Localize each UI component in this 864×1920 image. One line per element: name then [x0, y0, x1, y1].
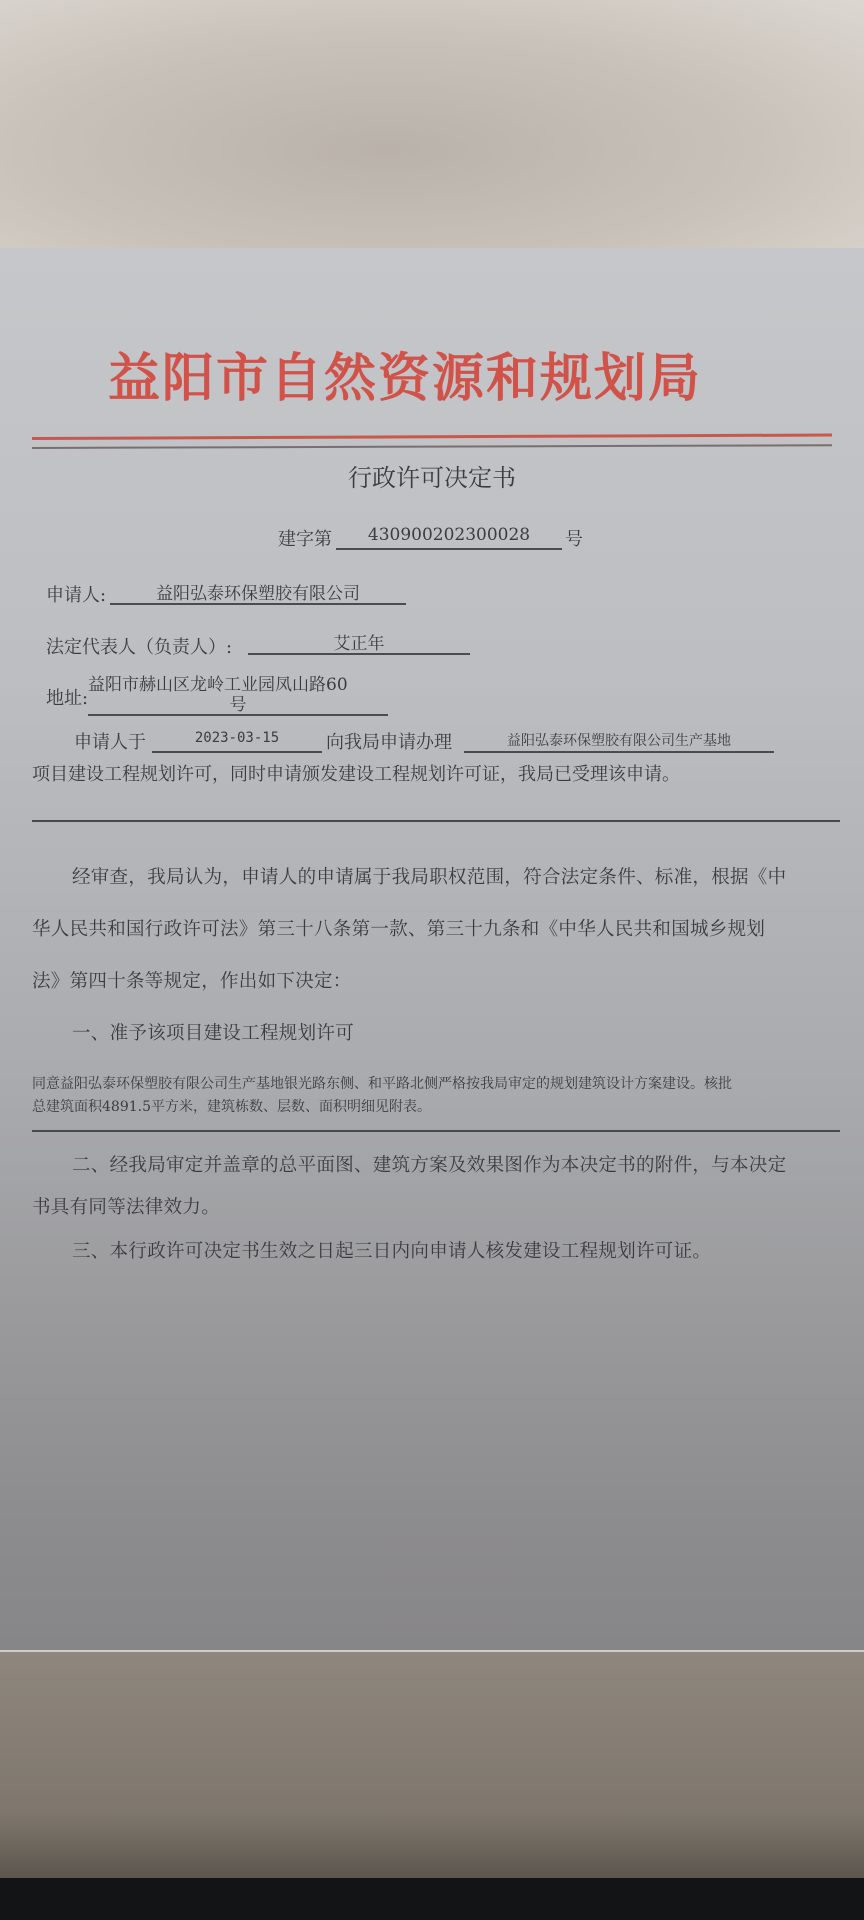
- decision-2-line-1: 二、经我局审定并盖章的总平面图、建筑方案及效果图作为本决定书的附件，与本决定: [72, 1151, 786, 1177]
- document-paper: 益阳市自然资源和规划局 行政许可决定书 建字第 430900202300028 …: [0, 248, 864, 1652]
- application-middle: 向我局申请办理: [326, 728, 452, 754]
- permit-number: 430900202300028: [336, 525, 562, 545]
- decision-1-heading: 一、准予该项目建设工程规划许可: [72, 1019, 354, 1045]
- decision-1-detail-line-2: 总建筑面积4891.5平方米，建筑栋数、层数、面积明细见附表。: [32, 1096, 431, 1116]
- legal-rep-underline: [248, 653, 470, 655]
- application-project-underline: [464, 751, 774, 753]
- legal-rep-value: 艾正年: [248, 629, 470, 654]
- application-project: 益阳弘泰环保塑胶有限公司生产基地: [464, 730, 774, 750]
- address-underline: [88, 714, 388, 716]
- decision-3-line-1: 三、本行政许可决定书生效之日起三日内向申请人核发建设工程规划许可证。: [72, 1237, 711, 1263]
- section-divider-2: [32, 1130, 840, 1132]
- application-date-underline: [152, 751, 322, 753]
- background-wall-top: [0, 0, 864, 250]
- permit-prefix: 建字第: [278, 525, 332, 551]
- applicant-value: 益阳弘泰环保塑胶有限公司: [110, 579, 406, 604]
- permit-number-underline: [336, 548, 562, 550]
- review-line-2: 华人民共和国行政许可法》第三十八条第一款、第三十九条和《中华人民共和国城乡规划: [32, 915, 765, 941]
- document-title: 行政许可决定书: [0, 458, 864, 493]
- header-gray-rule: [32, 444, 832, 449]
- application-rest: 项目建设工程规划许可，同时申请颁发建设工程规划许可证，我局已受理该申请。: [32, 760, 680, 786]
- permit-suffix: 号: [565, 525, 583, 551]
- application-lead: 申请人于: [74, 728, 146, 754]
- background-dark-edge: [0, 1878, 864, 1920]
- header-red-rule: [32, 434, 832, 440]
- application-date: 2023-03-15: [152, 730, 322, 746]
- decision-1-detail-line-1: 同意益阳弘泰环保塑胶有限公司生产基地银光路东侧、和平路北侧严格按我局审定的规划建…: [32, 1073, 732, 1093]
- background-surface-bottom: [0, 1652, 864, 1882]
- decision-2-line-2: 书具有同等法律效力。: [32, 1193, 220, 1219]
- applicant-underline: [110, 603, 406, 605]
- review-line-3: 法》第四十条等规定，作出如下决定：: [32, 967, 352, 993]
- address-label: 地址:: [46, 684, 88, 710]
- legal-rep-label: 法定代表人（负责人）:: [46, 633, 232, 659]
- section-divider-1: [32, 820, 840, 822]
- organization-header: 益阳市自然资源和规划局: [108, 336, 768, 411]
- applicant-label: 申请人:: [46, 581, 106, 607]
- review-line-1: 经审查，我局认为，申请人的申请属于我局职权范围，符合法定条件、标准，根据《中: [72, 863, 786, 889]
- address-line-2: 号: [88, 690, 388, 715]
